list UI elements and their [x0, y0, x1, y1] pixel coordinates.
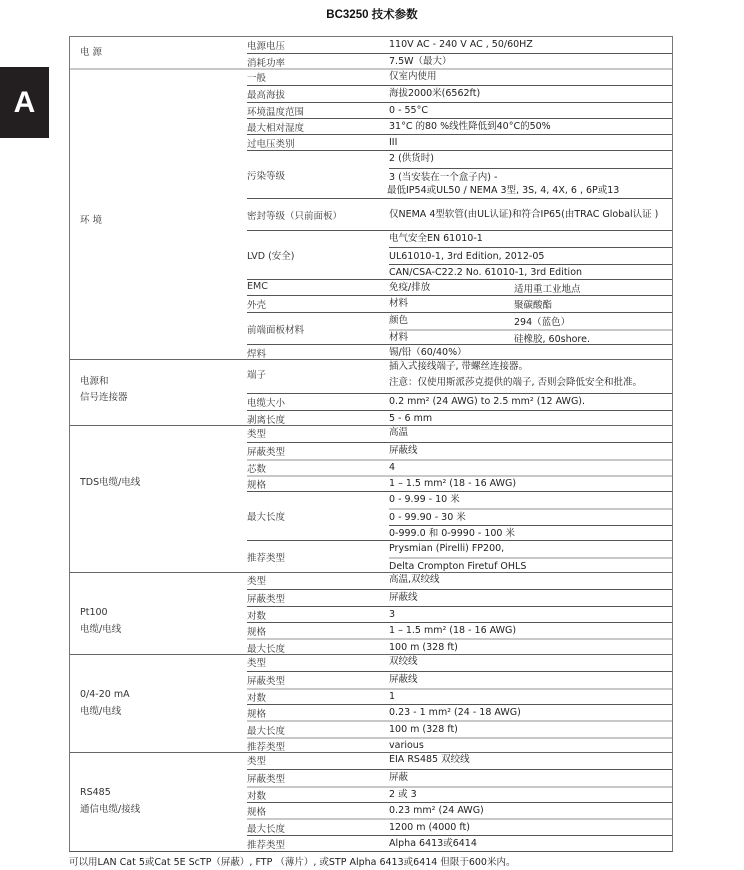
table-row: 电缆大小 0.2 mm² (24 AWG) to 2.5 mm² (12 AWG… — [247, 393, 672, 410]
row-label: 屏蔽类型 — [247, 771, 285, 785]
row-label: 最大长度 — [247, 821, 285, 835]
table-row: 最高海拔 海拔2000米(6562ft) — [247, 85, 672, 102]
row-value: 31°C 的80 %线性降低到40°C的50% — [389, 120, 551, 134]
row-label: 一般 — [247, 70, 266, 84]
value-subrow: CAN/CSA-C22.2 No. 61010-1, 3rd Edition — [389, 264, 672, 280]
row-value: 双绞线 — [389, 655, 418, 669]
section-environment: 环 境 一般 仅室内使用 最高海拔 海拔2000米(6562ft) 环境温度范围… — [70, 68, 672, 359]
row-value: 材料 — [389, 331, 408, 344]
row-value: 1 — [389, 690, 395, 704]
row-value: 2 (供货时) — [389, 152, 434, 165]
row-label: 最大相对湿度 — [247, 120, 304, 134]
section-label: 通信电缆/接线 — [80, 801, 140, 819]
row-value: 100 m (328 ft) — [389, 723, 458, 737]
row-label: 污染等级 — [247, 168, 285, 182]
table-row: 最大长度 1200 m (4000 ft) — [247, 818, 672, 835]
value-subrow: UL61010-1, 3rd Edition, 2012-05 — [389, 247, 672, 264]
row-value: 免疫/排放 — [389, 281, 430, 295]
row-value: 0-999.0 和 0-9990 - 100 米 — [389, 527, 515, 540]
row-value: 屏蔽 — [389, 771, 408, 785]
row-value: 最低IP54或UL50 / NEMA 3型, 3S, 4, 4X, 6 , 6P… — [387, 184, 619, 197]
row-value: 2 或 3 — [389, 788, 417, 802]
section-label: 电 源 — [80, 44, 102, 62]
table-row: 最大长度 100 m (328 ft) — [247, 638, 672, 655]
table-row: 对数 3 — [247, 606, 672, 622]
row-value: Prysmian (Pirelli) FP200, — [389, 542, 504, 555]
row-value: III — [389, 136, 397, 150]
row-value: 高温 — [389, 426, 408, 440]
table-row: 推荐类型 Alpha 6413或6414 — [247, 835, 672, 852]
table-row: 环境温度范围 0 - 55°C — [247, 102, 672, 118]
row-value: 材料 — [389, 297, 408, 311]
row-label: 消耗功率 — [247, 55, 285, 69]
row-label: EMC — [247, 281, 268, 292]
table-row: 类型 EIA RS485 双绞线 — [247, 753, 672, 769]
row-value-detail: 硅橡胶, 60shore. — [514, 331, 590, 345]
row-value: EIA RS485 双绞线 — [389, 753, 470, 767]
value-subrow: Prysmian (Pirelli) FP200, — [389, 541, 672, 557]
row-label: 推荐类型 — [247, 837, 285, 851]
row-label: 剥离长度 — [247, 412, 285, 426]
table-row: 焊料 锡/铅（60/40%） — [247, 344, 672, 360]
row-value: 仅NEMA 4型软管(由UL认证)和符合IP65(由TRAC Global认证 … — [389, 208, 658, 222]
table-row: LVD (安全) 电气安全EN 61010-1 UL61010-1, 3rd E… — [247, 230, 672, 279]
value-subrow: 0 - 9.99 - 10 米 — [389, 492, 672, 508]
table-row: 最大长度 100 m (328 ft) — [247, 720, 672, 737]
row-label: 规格 — [247, 477, 266, 491]
row-value: 0 - 99.90 - 30 米 — [389, 511, 466, 524]
row-label: 最大长度 — [247, 509, 285, 523]
row-value-detail: 294（蓝色） — [514, 314, 570, 328]
row-value: 1 – 1.5 mm² (18 - 16 AWG) — [389, 477, 516, 491]
row-label: 对数 — [247, 788, 266, 802]
table-row: 端子 插入式接线端子, 带螺丝连接器。 注意：仅使用斯派莎克提供的端子, 否则会… — [247, 360, 672, 393]
value-subrow: 3 (当安装在一个盒子内) - 最低IP54或UL50 / NEMA 3型, 3… — [389, 168, 672, 199]
section-label: 0/4-20 mA — [80, 686, 130, 704]
section-label: 信号连接器 — [80, 389, 128, 407]
row-value: 锡/铅（60/40%） — [389, 346, 467, 360]
value-subrow: 0-999.0 和 0-9990 - 100 米 — [389, 525, 672, 541]
row-label: 外壳 — [247, 297, 266, 311]
table-row: EMC 免疫/排放 适用重工业地点 — [247, 279, 672, 295]
table-row: 对数 1 — [247, 688, 672, 704]
table-row: 芯数 4 — [247, 459, 672, 475]
row-value: 0.23 mm² (24 AWG) — [389, 804, 484, 818]
row-value: 屏蔽线 — [389, 591, 418, 605]
row-value: 插入式接线端子, 带螺丝连接器。 — [389, 360, 528, 374]
row-value: Alpha 6413或6414 — [389, 837, 477, 851]
row-label: 焊料 — [247, 346, 266, 360]
row-value: 0.23 - 1 mm² (24 - 18 AWG) — [389, 706, 521, 720]
table-row: 屏蔽类型 屏蔽线 — [247, 442, 672, 459]
row-label: 类型 — [247, 573, 266, 587]
row-value: 7.5W（最大） — [389, 55, 452, 69]
row-value: 0.2 mm² (24 AWG) to 2.5 mm² (12 AWG). — [389, 395, 585, 409]
row-value: 颜色 — [389, 314, 408, 327]
table-row: 屏蔽类型 屏蔽线 — [247, 589, 672, 606]
row-value: 3 (当安装在一个盒子内) - — [389, 171, 497, 184]
table-row: 最大相对湿度 31°C 的80 %线性降低到40°C的50% — [247, 118, 672, 134]
row-label: 类型 — [247, 655, 266, 669]
table-row: 类型 高温,双绞线 — [247, 573, 672, 589]
row-label: 电源电压 — [247, 38, 285, 52]
section-ma-cable: 0/4-20 mA 电缆/电线 类型 双绞线 屏蔽类型 屏蔽线 对数 1 规格 … — [70, 654, 672, 752]
row-label: 屏蔽类型 — [247, 591, 285, 605]
table-row: 推荐类型 Prysmian (Pirelli) FP200, Delta Cro… — [247, 540, 672, 573]
value-subrow: 材料 硅橡胶, 60shore. — [389, 329, 672, 345]
table-row: 类型 双绞线 — [247, 655, 672, 671]
section-connectors: 电源和 信号连接器 端子 插入式接线端子, 带螺丝连接器。 注意：仅使用斯派莎克… — [70, 359, 672, 425]
table-row: 最大长度 0 - 9.99 - 10 米 0 - 99.90 - 30 米 0-… — [247, 491, 672, 540]
value-subrow: 0 - 99.90 - 30 米 — [389, 508, 672, 525]
table-row: 前端面板材料 颜色 294（蓝色） 材料 硅橡胶, 60shore. — [247, 312, 672, 344]
section-label: 环 境 — [80, 212, 102, 230]
spec-table: 电 源 电源电压 110V AC - 240 V AC , 50/60HZ 消耗… — [69, 36, 673, 852]
section-rs485-cable: RS485 通信电缆/接线 类型 EIA RS485 双绞线 屏蔽类型 屏蔽 对… — [70, 752, 672, 852]
table-row: 规格 1 – 1.5 mm² (18 - 16 AWG) — [247, 622, 672, 638]
row-label: 密封等级（只前面板） — [247, 208, 342, 222]
row-label: 屏蔽类型 — [247, 673, 285, 687]
row-value: 屏蔽线 — [389, 673, 418, 687]
table-row: 规格 1 – 1.5 mm² (18 - 16 AWG) — [247, 475, 672, 491]
table-row: 一般 仅室内使用 — [247, 70, 672, 86]
row-value: 海拔2000米(6562ft) — [389, 87, 480, 101]
section-power: 电 源 电源电压 110V AC - 240 V AC , 50/60HZ 消耗… — [70, 37, 672, 69]
section-label: 电缆/电线 — [80, 703, 121, 721]
document-title: BC3250 技术参数 — [0, 6, 744, 22]
row-value-detail: 适用重工业地点 — [514, 281, 581, 295]
section-label: RS485 — [80, 784, 111, 802]
row-label: 推荐类型 — [247, 550, 285, 564]
table-row: 规格 0.23 - 1 mm² (24 - 18 AWG) — [247, 704, 672, 720]
row-label: 推荐类型 — [247, 739, 285, 753]
row-value: 5 - 6 mm — [389, 412, 432, 426]
section-label: Pt100 — [80, 604, 108, 622]
row-label: 对数 — [247, 690, 266, 704]
row-value: 电气安全EN 61010-1 — [389, 232, 483, 245]
row-value: 110V AC - 240 V AC , 50/60HZ — [389, 38, 533, 52]
row-label: 规格 — [247, 706, 266, 720]
row-value: CAN/CSA-C22.2 No. 61010-1, 3rd Edition — [389, 266, 582, 279]
row-label: 过电压类别 — [247, 136, 295, 150]
row-label: 类型 — [247, 753, 266, 767]
row-value-note: 注意：仅使用斯派莎克提供的端子, 否则会降低安全和批准。 — [389, 376, 642, 390]
table-row: 密封等级（只前面板） 仅NEMA 4型软管(由UL认证)和符合IP65(由TRA… — [247, 198, 672, 230]
row-value: 1 – 1.5 mm² (18 - 16 AWG) — [389, 624, 516, 638]
table-row: 类型 高温 — [247, 426, 672, 442]
table-row: 电源电压 110V AC - 240 V AC , 50/60HZ — [247, 37, 672, 53]
table-row: 污染等级 2 (供货时) 3 (当安装在一个盒子内) - 最低IP54或UL50… — [247, 150, 672, 198]
table-row: 过电压类别 III — [247, 134, 672, 150]
row-label: 对数 — [247, 608, 266, 622]
table-row: 外壳 材料 聚碳酸酯 — [247, 295, 672, 312]
value-subrow: 电气安全EN 61010-1 — [389, 231, 672, 247]
table-row: 屏蔽类型 屏蔽线 — [247, 671, 672, 688]
table-row: 推荐类型 various — [247, 737, 672, 753]
row-label: 规格 — [247, 624, 266, 638]
row-label: 电缆大小 — [247, 395, 285, 409]
table-row: 规格 0.23 mm² (24 AWG) — [247, 802, 672, 818]
row-value: 屏蔽线 — [389, 444, 418, 458]
row-label: 类型 — [247, 426, 266, 440]
row-label: 芯数 — [247, 461, 266, 475]
value-subrow: 颜色 294（蓝色） — [389, 313, 672, 329]
section-label: 电缆/电线 — [80, 621, 121, 639]
section-tab-a: A — [0, 67, 49, 138]
row-value: 3 — [389, 608, 395, 622]
table-row: 屏蔽类型 屏蔽 — [247, 769, 672, 786]
row-value: UL61010-1, 3rd Edition, 2012-05 — [389, 250, 544, 263]
row-label: 端子 — [247, 367, 266, 381]
row-label: 屏蔽类型 — [247, 444, 285, 458]
row-value-detail: 聚碳酸酯 — [514, 297, 552, 311]
table-row: 消耗功率 7.5W（最大） — [247, 53, 672, 69]
footnote: 可以用LAN Cat 5或Cat 5E ScTP（屏蔽）, FTP （薄片）, … — [69, 854, 515, 868]
value-subrow: 2 (供货时) — [389, 151, 672, 168]
table-row: 对数 2 或 3 — [247, 786, 672, 802]
row-value: 1200 m (4000 ft) — [389, 821, 470, 835]
section-tds-cable: TDS电缆/电线 类型 高温 屏蔽类型 屏蔽线 芯数 4 规格 1 – 1.5 … — [70, 425, 672, 572]
row-value: 0 - 55°C — [389, 104, 428, 118]
row-value: 100 m (328 ft) — [389, 641, 458, 655]
row-label: 最高海拔 — [247, 87, 285, 101]
row-value: 4 — [389, 461, 395, 475]
row-label: 最大长度 — [247, 641, 285, 655]
row-label: 规格 — [247, 804, 266, 818]
row-value: 仅室内使用 — [389, 70, 437, 84]
row-value: various — [389, 739, 424, 753]
row-label: LVD (安全) — [247, 248, 295, 262]
row-label: 前端面板材料 — [247, 322, 304, 336]
row-value: 0 - 9.99 - 10 米 — [389, 493, 460, 506]
table-row: 剥离长度 5 - 6 mm — [247, 410, 672, 426]
row-label: 环境温度范围 — [247, 104, 304, 118]
section-label: TDS电缆/电线 — [80, 474, 140, 492]
row-value: 高温,双绞线 — [389, 573, 440, 587]
section-pt100-cable: Pt100 电缆/电线 类型 高温,双绞线 屏蔽类型 屏蔽线 对数 3 规格 1… — [70, 572, 672, 654]
row-label: 最大长度 — [247, 723, 285, 737]
